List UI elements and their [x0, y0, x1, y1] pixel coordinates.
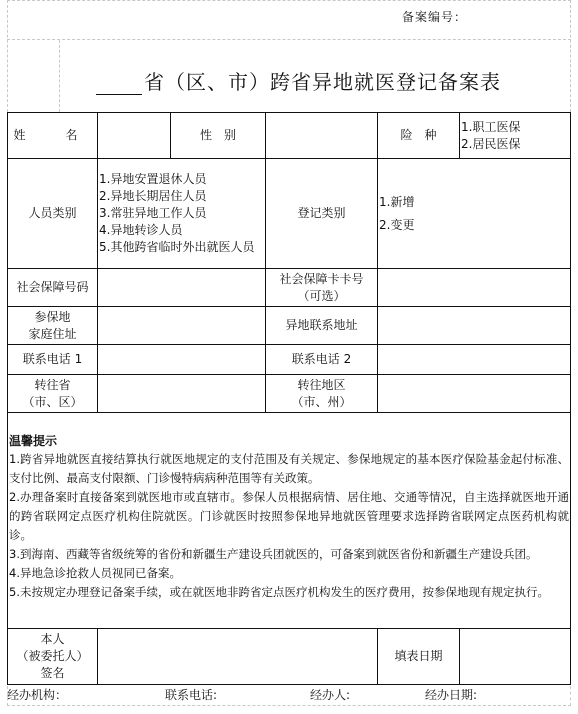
- person-category-option[interactable]: 5.其他跨省临时外出就医人员: [99, 239, 265, 256]
- social-security-no-field[interactable]: [98, 269, 266, 307]
- row-phone: 联系电话 1 联系电话 2: [8, 345, 571, 375]
- registration-option-change[interactable]: 2.变更: [379, 214, 570, 237]
- phone1-label: 联系电话 1: [8, 345, 98, 375]
- social-security-no-label: 社会保障号码: [8, 269, 98, 307]
- home-address-label: 参保地 家庭住址: [8, 307, 98, 345]
- person-category-label: 人员类别: [8, 159, 98, 269]
- name-label: 姓 名: [8, 113, 98, 159]
- insurance-option-resident[interactable]: 2.居民医保: [461, 136, 570, 153]
- row-signature: 本人 （被委托人） 签名 填表日期: [8, 629, 571, 685]
- grid-line: [570, 686, 571, 706]
- person-category-option[interactable]: 1.异地安置退休人员: [99, 171, 265, 188]
- row-categories: 人员类别 1.异地安置退休人员 2.异地长期居住人员 3.常驻异地工作人员 4.…: [8, 159, 571, 269]
- tip-item: 3.到海南、西藏等省级统筹的省份和新疆生产建设兵团就医的，可备案到就医省份和新疆…: [9, 545, 569, 564]
- page-title: 省（区、市）跨省异地就医登记备案表: [96, 66, 501, 95]
- fill-date-label: 填表日期: [378, 629, 460, 685]
- dest-region-field[interactable]: [378, 375, 571, 413]
- province-blank[interactable]: [96, 75, 142, 95]
- tip-item: 2.办理备案时直接备案到就医地市或直辖市。参保人员根据病情、居住地、交通等情况，…: [9, 488, 569, 545]
- insurance-type-options: 1.职工医保 2.居民医保: [460, 113, 571, 159]
- person-category-option[interactable]: 2.异地长期居住人员: [99, 188, 265, 205]
- insurance-option-employee[interactable]: 1.职工医保: [461, 119, 570, 136]
- handler-label: 经办人:: [310, 686, 350, 703]
- dest-province-field[interactable]: [98, 375, 266, 413]
- grid-line: [570, 0, 571, 112]
- phone1-field[interactable]: [98, 345, 266, 375]
- phone2-label: 联系电话 2: [266, 345, 378, 375]
- registration-type-label: 登记类别: [266, 159, 378, 269]
- row-address: 参保地 家庭住址 异地联系地址: [8, 307, 571, 345]
- fill-date-field[interactable]: [460, 629, 571, 685]
- grid-line: [7, 0, 571, 1]
- agency-label: 经办机构：: [7, 686, 67, 703]
- phone2-field[interactable]: [378, 345, 571, 375]
- title-text: 省（区、市）跨省异地就医登记备案表: [144, 70, 501, 94]
- row-tips: 温馨提示 1.跨省异地就医直接结算执行就医地规定的支付范围及有关规定、参保地规定…: [8, 413, 571, 629]
- registration-type-options: 1.新增 2.变更: [378, 159, 571, 269]
- registration-form: 姓 名 性 别 险 种 1.职工医保 2.居民医保 人员类别 1.异地安置退休人…: [7, 112, 571, 685]
- tip-item: 5.未按规定办理登记备案手续，或在就医地非跨省定点医疗机构发生的医疗费用，按参保…: [9, 583, 569, 602]
- gender-field[interactable]: [266, 113, 378, 159]
- remote-address-label: 异地联系地址: [266, 307, 378, 345]
- registration-option-new[interactable]: 1.新增: [379, 191, 570, 214]
- grid-line: [7, 686, 8, 706]
- social-security-card-field[interactable]: [378, 269, 571, 307]
- name-field[interactable]: [98, 113, 171, 159]
- grid-line: [7, 39, 571, 40]
- handler-phone-label: 联系电话:: [165, 686, 217, 703]
- remote-address-field[interactable]: [378, 307, 571, 345]
- person-category-options: 1.异地安置退休人员 2.异地长期居住人员 3.常驻异地工作人员 4.异地转诊人…: [98, 159, 266, 269]
- social-security-card-label: 社会保障卡卡号 （可选）: [266, 269, 378, 307]
- row-social-security: 社会保障号码 社会保障卡卡号 （可选）: [8, 269, 571, 307]
- signature-label: 本人 （被委托人） 签名: [8, 629, 98, 685]
- tips-section: 温馨提示 1.跨省异地就医直接结算执行就医地规定的支付范围及有关规定、参保地规定…: [8, 413, 571, 629]
- grid-line: [7, 0, 8, 112]
- row-destination: 转往省 （市、区） 转往地区 （市、州）: [8, 375, 571, 413]
- grid-line: [59, 40, 60, 112]
- row-basic-info: 姓 名 性 别 险 种 1.职工医保 2.居民医保: [8, 113, 571, 159]
- home-address-field[interactable]: [98, 307, 266, 345]
- signature-field[interactable]: [98, 629, 378, 685]
- dest-region-label: 转往地区 （市、州）: [266, 375, 378, 413]
- grid-line: [7, 705, 571, 706]
- person-category-option[interactable]: 3.常驻异地工作人员: [99, 205, 265, 222]
- gender-label: 性 别: [171, 113, 266, 159]
- tip-item: 1.跨省异地就医直接结算执行就医地规定的支付范围及有关规定、参保地规定的基本医疗…: [9, 450, 569, 488]
- handle-date-label: 经办日期:: [425, 686, 477, 703]
- tip-item: 4.异地急诊抢救人员视同已备案。: [9, 564, 569, 583]
- handling-footer: 经办机构： 联系电话: 经办人: 经办日期:: [7, 686, 570, 704]
- dest-province-label: 转往省 （市、区）: [8, 375, 98, 413]
- person-category-option[interactable]: 4.异地转诊人员: [99, 222, 265, 239]
- insurance-type-label: 险 种: [378, 113, 460, 159]
- tips-title: 温馨提示: [9, 433, 569, 450]
- record-number-label: 备案编号：: [402, 8, 467, 25]
